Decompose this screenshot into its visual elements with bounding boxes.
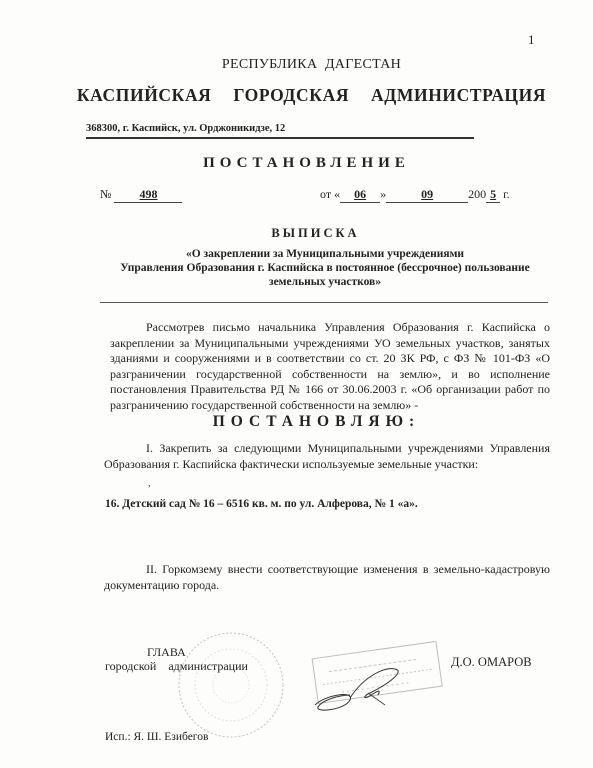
signatory-title: ГЛАВА [147,645,186,660]
page-number: 1 [528,32,535,48]
decree-number: 498 [114,187,182,203]
decree-number-row: № 498 [100,187,182,203]
subject-line-3: земельных участков» [100,275,550,289]
year-suffix: г. [503,187,510,201]
subject-line-1: «О закреплении за Муниципальными учрежде… [100,247,550,261]
year-digit: 5 [486,187,500,203]
item-16: 16. Детский сад № 16 – 6516 кв. м. по ул… [105,498,418,510]
number-prefix: № [100,187,111,201]
signatory-subtitle: городской администрации [105,659,248,674]
date-month: 09 [386,187,468,203]
signatory-name: Д.О. ОМАРОВ [451,655,532,670]
preamble-paragraph: Рассмотрев письмо начальника Управления … [110,320,550,414]
administration-heading: КАСПИЙСКАЯ ГОРОДСКАЯ АДМИНИСТРАЦИЯ [0,85,593,106]
address: 368300, г. Каспийск, ул. Орджоникидзе, 1… [86,123,285,134]
subject-divider [100,302,548,303]
extract-title: ВЫПИСКА [0,226,593,241]
decree-subject: «О закреплении за Муниципальными учрежде… [100,247,550,289]
date-day: 06 [340,187,380,203]
subject-line-2: Управления Образования г. Каспийска в по… [100,261,550,275]
republic-heading: РЕСПУБЛИКА ДАГЕСТАН [0,57,593,73]
decree-title: ПОСТАНОВЛЕНИЕ [0,155,593,172]
round-seal-stamp [176,630,286,745]
resolve-heading: ПОСТАНОВЛЯЮ: [0,413,593,431]
executor: Исп.: Я. Ш. Езибегов [105,731,208,743]
point-2-paragraph: II. Горкомзему внести соответствующие из… [104,561,550,593]
handwritten-signature [310,665,420,720]
decree-date-row: от «06»092005 г. [320,187,510,203]
year-prefix: 200 [468,187,486,201]
date-prefix: от « [320,187,340,201]
stray-mark: , [148,478,151,489]
letterhead-divider [86,137,474,139]
point-1-paragraph: I. Закрепить за следующими Муниципальным… [104,440,550,472]
